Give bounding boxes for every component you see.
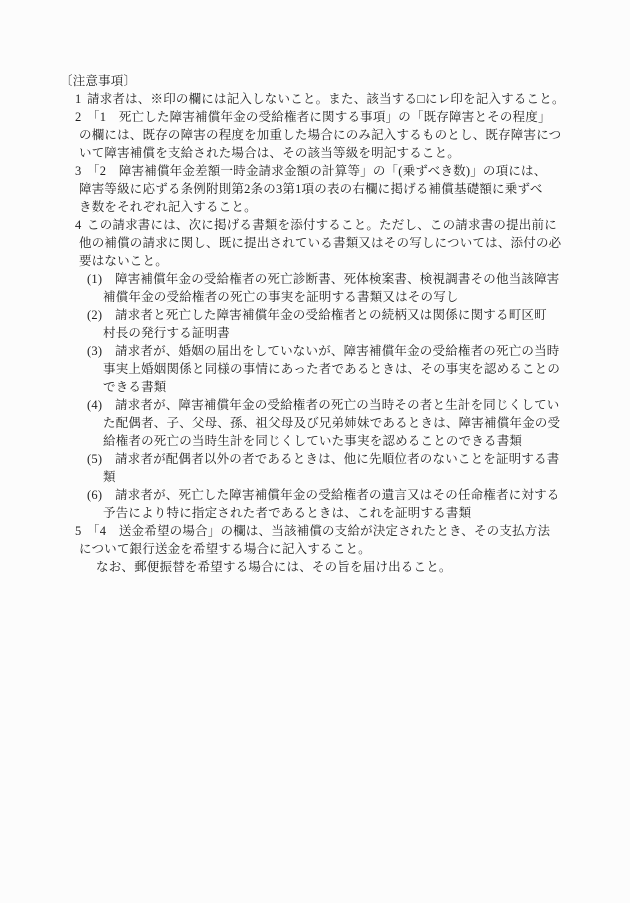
attachment-3-marker: (3) (87, 342, 115, 360)
item-4-number: 4 (75, 216, 87, 234)
attachment-item-6: (6)請求者が、死亡した障害補償年金の受給権者の遺言又はその任命権者に対する (60, 486, 575, 504)
attachment-6-marker: (6) (87, 486, 115, 504)
attachment-5-line-1: 請求者が配偶者以外の者であるときは、他に先順位者のないことを証明する書 (115, 452, 560, 466)
attachment-item-4: (4)請求者が、障害補償年金の受給権者の死亡の当時その者と生計を同じくしてい (60, 396, 575, 414)
note-item-1: 1請求者は、※印の欄には記入しないこと。また、該当する□にレ印を記入すること。 (60, 90, 575, 108)
attachment-1-line-1: 障害補償年金の受給権者の死亡診断書、死体検案書、検視調書その他当該障害 (115, 272, 560, 286)
attachment-1-marker: (1) (87, 270, 115, 288)
item-5-note: なお、郵便振替を希望する場合には、その旨を届け出ること。 (60, 558, 575, 576)
attachment-2-line-1: 請求者と死亡した障害補償年金の受給権者との続柄又は関係に関する町区町 (115, 308, 547, 322)
attachment-5-marker: (5) (87, 450, 115, 468)
attachment-4-line-2: た配偶者、子、父母、孫、祖父母及び兄弟姉妹であるときは、障害補償年金の受 (60, 414, 575, 432)
attachment-6-line-1: 請求者が、死亡した障害補償年金の受給権者の遺言又はその任命権者に対する (115, 488, 560, 502)
item-5-number: 5 (75, 522, 87, 540)
attachment-3-line-1: 請求者が、婚姻の届出をしていないが、障害補償年金の受給権者の死亡の当時 (115, 344, 560, 358)
notes-section: 〔注意事項〕 1請求者は、※印の欄には記入しないこと。また、該当する□にレ印を記… (60, 72, 575, 576)
attachment-1-line-2: 補償年金の受給権者の死亡の事実を証明する書類又はその写し (60, 288, 575, 306)
item-2-line-2: の欄には、既存の障害の程度を加重した場合にのみ記入するものとし、既存障害につ (60, 126, 575, 144)
attachment-6-line-2: 予告により特に指定された者であるときは、これを証明する書類 (60, 504, 575, 522)
item-3-line-3: き数をそれぞれ記入すること。 (60, 198, 575, 216)
item-3-number: 3 (75, 162, 87, 180)
item-2-line-1: 「1 死亡した障害補償年金の受給権者に関する事項」の「既存障害とその程度」 (87, 110, 551, 124)
note-item-3: 3「2 障害補償年金差額一時金請求金額の計算等」の「(乗ずべき数)」の項には、 (60, 162, 575, 180)
item-3-line-1: 「2 障害補償年金差額一時金請求金額の計算等」の「(乗ずべき数)」の項には、 (87, 164, 546, 178)
document-page: 〔注意事項〕 1請求者は、※印の欄には記入しないこと。また、該当する□にレ印を記… (0, 0, 630, 903)
item-2-number: 2 (75, 108, 87, 126)
attachment-4-marker: (4) (87, 396, 115, 414)
attachment-item-5: (5)請求者が配偶者以外の者であるときは、他に先順位者のないことを証明する書 (60, 450, 575, 468)
item-5-line-1: 「4 送金希望の場合」の欄は、当該補償の支給が決定されたとき、その支払方法 (87, 524, 550, 538)
attachment-4-line-3: 給権者の死亡の当時生計を同じくしていた事実を認めることのできる書類 (60, 432, 575, 450)
note-item-5: 5「4 送金希望の場合」の欄は、当該補償の支給が決定されたとき、その支払方法 (60, 522, 575, 540)
item-2-line-3: いて障害補償を支給された場合は、その該当等級を明記すること。 (60, 144, 575, 162)
note-item-2: 2「1 死亡した障害補償年金の受給権者に関する事項」の「既存障害とその程度」 (60, 108, 575, 126)
item-4-line-2: 他の補償の請求に関し、既に提出されている書類又はその写しについては、添付の必 (60, 234, 575, 252)
item-5-line-2: について銀行送金を希望する場合に記入すること。 (60, 540, 575, 558)
item-4-line-1: この請求書には、次に掲げる書類を添付すること。ただし、この請求書の提出前に (87, 218, 557, 232)
attachment-3-line-3: できる書類 (60, 378, 575, 396)
attachment-item-1: (1)障害補償年金の受給権者の死亡診断書、死体検案書、検視調書その他当該障害 (60, 270, 575, 288)
item-4-line-3: 要はないこと。 (60, 252, 575, 270)
item-1-number: 1 (75, 90, 87, 108)
attachment-item-2: (2)請求者と死亡した障害補償年金の受給権者との続柄又は関係に関する町区町 (60, 306, 575, 324)
item-3-line-2: 障害等級に応ずる条例附則第2条の3第1項の表の右欄に掲げる補償基礎額に乗ずべ (60, 180, 575, 198)
attachment-5-line-2: 類 (60, 468, 575, 486)
note-item-4: 4この請求書には、次に掲げる書類を添付すること。ただし、この請求書の提出前に (60, 216, 575, 234)
attachment-2-marker: (2) (87, 306, 115, 324)
attachment-4-line-1: 請求者が、障害補償年金の受給権者の死亡の当時その者と生計を同じくしてい (115, 398, 560, 412)
item-1-line-1: 請求者は、※印の欄には記入しないこと。また、該当する□にレ印を記入すること。 (87, 92, 565, 106)
notes-heading: 〔注意事項〕 (60, 72, 575, 90)
attachment-2-line-2: 村長の発行する証明書 (60, 324, 575, 342)
attachment-item-3: (3)請求者が、婚姻の届出をしていないが、障害補償年金の受給権者の死亡の当時 (60, 342, 575, 360)
attachment-3-line-2: 事実上婚姻関係と同様の事情にあった者であるときは、その事実を認めることの (60, 360, 575, 378)
